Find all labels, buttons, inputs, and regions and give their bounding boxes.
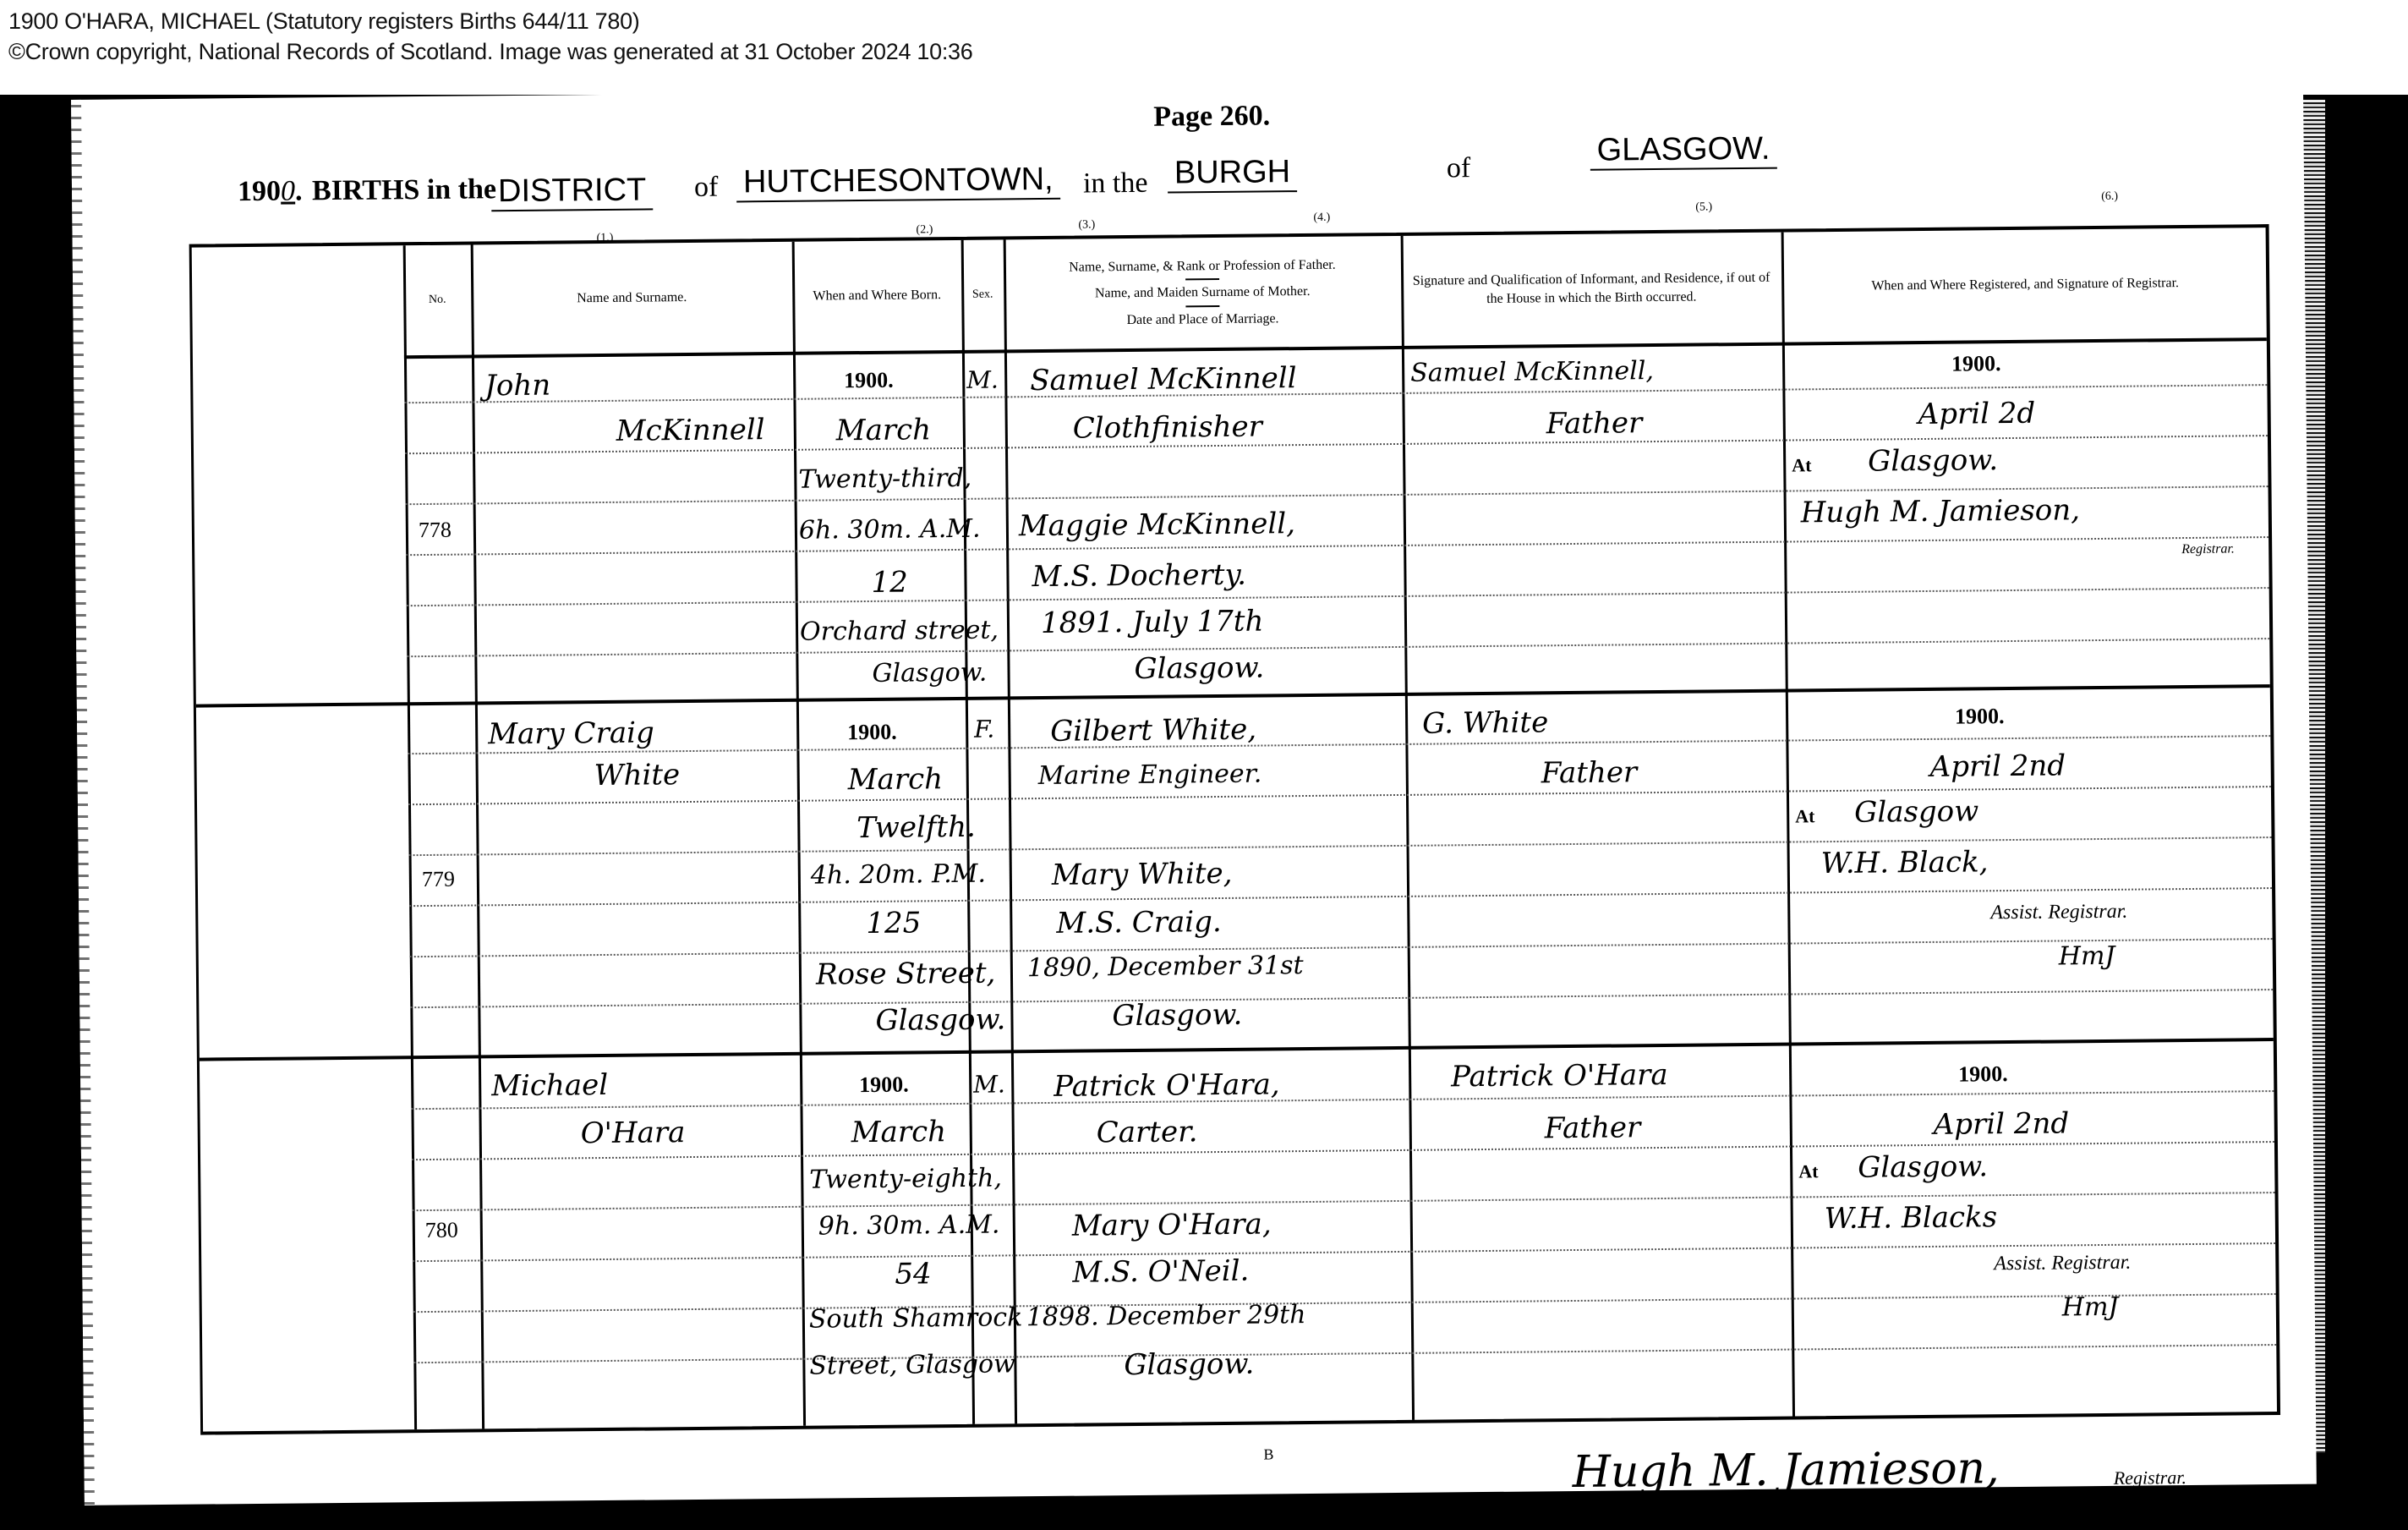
birth-year: 1900. xyxy=(847,721,897,744)
birth-time: 6h. 30m. A.M. xyxy=(799,517,981,544)
year-printed: 190 xyxy=(238,176,281,207)
child-surname: O'Hara xyxy=(581,1118,686,1148)
informant-qualification: Father xyxy=(1546,409,1643,438)
header-marriage: Date and Place of Marriage. xyxy=(1126,310,1278,329)
mother-name: Maggie McKinnell, xyxy=(1019,509,1295,540)
sheet-mark: B xyxy=(1263,1445,1273,1463)
registrar-signature: W.H. Black, xyxy=(1821,847,1989,878)
child-first-name: Michael xyxy=(491,1071,608,1100)
marriage-date: 1890, December 31st xyxy=(1027,953,1304,981)
col-divider xyxy=(792,242,806,1426)
registration-at-label: At xyxy=(1798,1162,1818,1181)
birth-house-number: 54 xyxy=(895,1259,932,1288)
registration-at-label: At xyxy=(1792,456,1811,474)
image-caption: 1900 O'HARA, MICHAEL (Statutory register… xyxy=(0,0,2408,93)
birth-year: 1900. xyxy=(844,370,894,392)
marriage-place: Glasgow. xyxy=(1134,653,1264,683)
father-occupation: Carter. xyxy=(1097,1117,1198,1147)
registration-year: 1900. xyxy=(1958,1063,2008,1086)
mother-name: Mary White, xyxy=(1052,859,1233,890)
heading-burgh-label: BURGH xyxy=(1168,154,1298,193)
heading-district-label: DISTRICT xyxy=(491,172,654,211)
header-sex: Sex. xyxy=(961,239,1004,349)
col-divider xyxy=(403,245,417,1429)
header-name: Name and Surname. xyxy=(471,242,793,355)
birth-day: Twenty-third, xyxy=(798,466,971,493)
mother-name: Mary O'Hara, xyxy=(1072,1209,1272,1240)
col-divider xyxy=(1781,233,1795,1417)
marriage-date: 1898. December 29th xyxy=(1026,1302,1306,1330)
registrar-title: Assist. Registrar. xyxy=(1994,1253,2131,1275)
birth-street: South Shamrock xyxy=(809,1305,1023,1332)
informant-signature: Samuel McKinnell, xyxy=(1410,359,1654,387)
registrar-title: Assist. Registrar. xyxy=(1990,902,2127,924)
entry-rule xyxy=(200,1038,2274,1061)
birth-town: Glasgow. xyxy=(872,661,987,687)
marriage-place: Glasgow. xyxy=(1124,1350,1254,1379)
copyright-notice: ©Crown copyright, National Records of Sc… xyxy=(8,39,972,65)
birth-street: Orchard street, xyxy=(800,617,999,644)
registrar-initials: HmJ xyxy=(2059,944,2115,970)
birth-town: Glasgow. xyxy=(875,1005,1005,1034)
births-register-table: No. Name and Surname. When and Where Bor… xyxy=(189,224,2280,1435)
sex: F. xyxy=(974,718,994,742)
heading-district-name: HUTCHESONTOWN, xyxy=(736,162,1060,203)
registrar-footer-signature: Hugh M. Jamieson, xyxy=(1572,1443,2000,1498)
entry-number: 780 xyxy=(425,1218,458,1243)
birth-day: Twenty-eighth, xyxy=(809,1165,1002,1193)
column-number-6: (6.) xyxy=(2101,190,2118,204)
marriage-place: Glasgow. xyxy=(1112,1001,1242,1030)
registrar-initials: HmJ xyxy=(2062,1295,2119,1321)
heading-births-in-the: BIRTHS in the xyxy=(312,173,496,207)
father-name: Patrick O'Hara, xyxy=(1053,1070,1280,1101)
header-parents: Name, Surname, & Rank or Profession of F… xyxy=(1004,236,1402,350)
birth-day: Twelfth. xyxy=(856,813,976,842)
registrar-title: Registrar. xyxy=(2181,542,2235,557)
father-occupation: Clothfinisher xyxy=(1073,412,1262,442)
year-handwritten: 0 xyxy=(281,175,295,206)
heading-of-1: of xyxy=(694,172,719,204)
child-first-name: John xyxy=(484,371,550,401)
entry-number: 778 xyxy=(419,518,451,543)
birth-time: 9h. 30m. A.M. xyxy=(818,1213,1000,1240)
column-number-2: (2.) xyxy=(916,223,933,237)
registration-place: Glasgow xyxy=(1854,797,1978,826)
col-divider xyxy=(471,244,484,1429)
registration-date: April 2d xyxy=(1918,399,2036,429)
header-no: No. xyxy=(403,244,472,355)
birth-town: Street, Glasgow xyxy=(809,1352,1015,1379)
child-surname: McKinnell xyxy=(616,415,765,446)
birth-month: March xyxy=(851,1117,947,1147)
registration-at-label: At xyxy=(1795,807,1814,825)
column-number-3: (3.) xyxy=(1078,218,1095,232)
registrar-signature: Hugh M. Jamieson, xyxy=(1801,496,2081,527)
registration-date: April 2nd xyxy=(1930,751,2066,781)
informant-signature: G. White xyxy=(1422,708,1548,738)
sex: M. xyxy=(966,368,999,392)
register-heading: 1900. BIRTHS in the DISTRICT of HUTCHESO… xyxy=(238,156,2267,227)
registration-place: Glasgow. xyxy=(1858,1152,1988,1182)
heading-year: 1900. xyxy=(238,175,303,208)
registrar-footer-title: Registrar. xyxy=(2114,1467,2186,1489)
birth-house-number: 12 xyxy=(871,568,908,597)
informant-signature: Patrick O'Hara xyxy=(1451,1061,1668,1091)
mother-maiden-name: M.S. O'Neil. xyxy=(1072,1257,1249,1287)
entry-number: 779 xyxy=(422,867,455,892)
header-mother: Name, and Maiden Surname of Mother. xyxy=(1095,282,1311,303)
registration-year: 1900. xyxy=(1955,705,2005,728)
record-title: 1900 O'HARA, MICHAEL (Statutory register… xyxy=(8,8,639,35)
father-occupation: Marine Engineer. xyxy=(1038,762,1262,790)
column-number-5: (5.) xyxy=(1695,200,1712,214)
birth-house-number: 125 xyxy=(866,908,921,938)
header-registered: When and Where Registered, and Signature… xyxy=(1781,228,2269,343)
header-informant: Signature and Qualification of Informant… xyxy=(1401,233,1782,346)
father-name: Samuel McKinnell xyxy=(1030,364,1297,395)
birth-month: March xyxy=(836,415,932,445)
column-number-4: (4.) xyxy=(1313,211,1330,225)
heading-of-2: of xyxy=(1447,152,1471,184)
registration-place: Glasgow. xyxy=(1868,446,1998,475)
registration-year: 1900. xyxy=(1951,353,2001,376)
birth-month: March xyxy=(848,765,944,794)
birth-year: 1900. xyxy=(859,1074,909,1097)
birth-street: Rose Street, xyxy=(816,959,996,990)
registration-date: April 2nd xyxy=(1934,1109,2070,1139)
child-surname: White xyxy=(594,760,681,790)
col-divider xyxy=(1004,239,1017,1423)
father-name: Gilbert White, xyxy=(1050,716,1256,746)
mother-maiden-name: M.S. Docherty. xyxy=(1032,561,1246,591)
register-page: Page 260. 1900. BIRTHS in the DISTRICT o… xyxy=(71,79,2317,1505)
informant-qualification: Father xyxy=(1545,1113,1641,1143)
page-number: Page 260. xyxy=(1153,100,1270,133)
heading-burgh-name: GLASGOW. xyxy=(1590,131,1776,171)
registrar-signature: W.H. Blacks xyxy=(1825,1203,1998,1233)
header-born: When and Where Born. xyxy=(792,240,962,352)
marriage-date: 1891. July 17th xyxy=(1041,606,1264,638)
heading-in-the: in the xyxy=(1083,167,1148,200)
mother-maiden-name: M.S. Craig. xyxy=(1056,908,1222,938)
sex: M. xyxy=(973,1072,1005,1096)
informant-qualification: Father xyxy=(1541,758,1638,787)
header-father: Name, Surname, & Rank or Profession of F… xyxy=(1069,255,1336,277)
child-first-name: Mary Craig xyxy=(488,718,654,749)
birth-time: 4h. 20m. P.M. xyxy=(811,862,986,889)
col-divider xyxy=(1401,236,1415,1420)
